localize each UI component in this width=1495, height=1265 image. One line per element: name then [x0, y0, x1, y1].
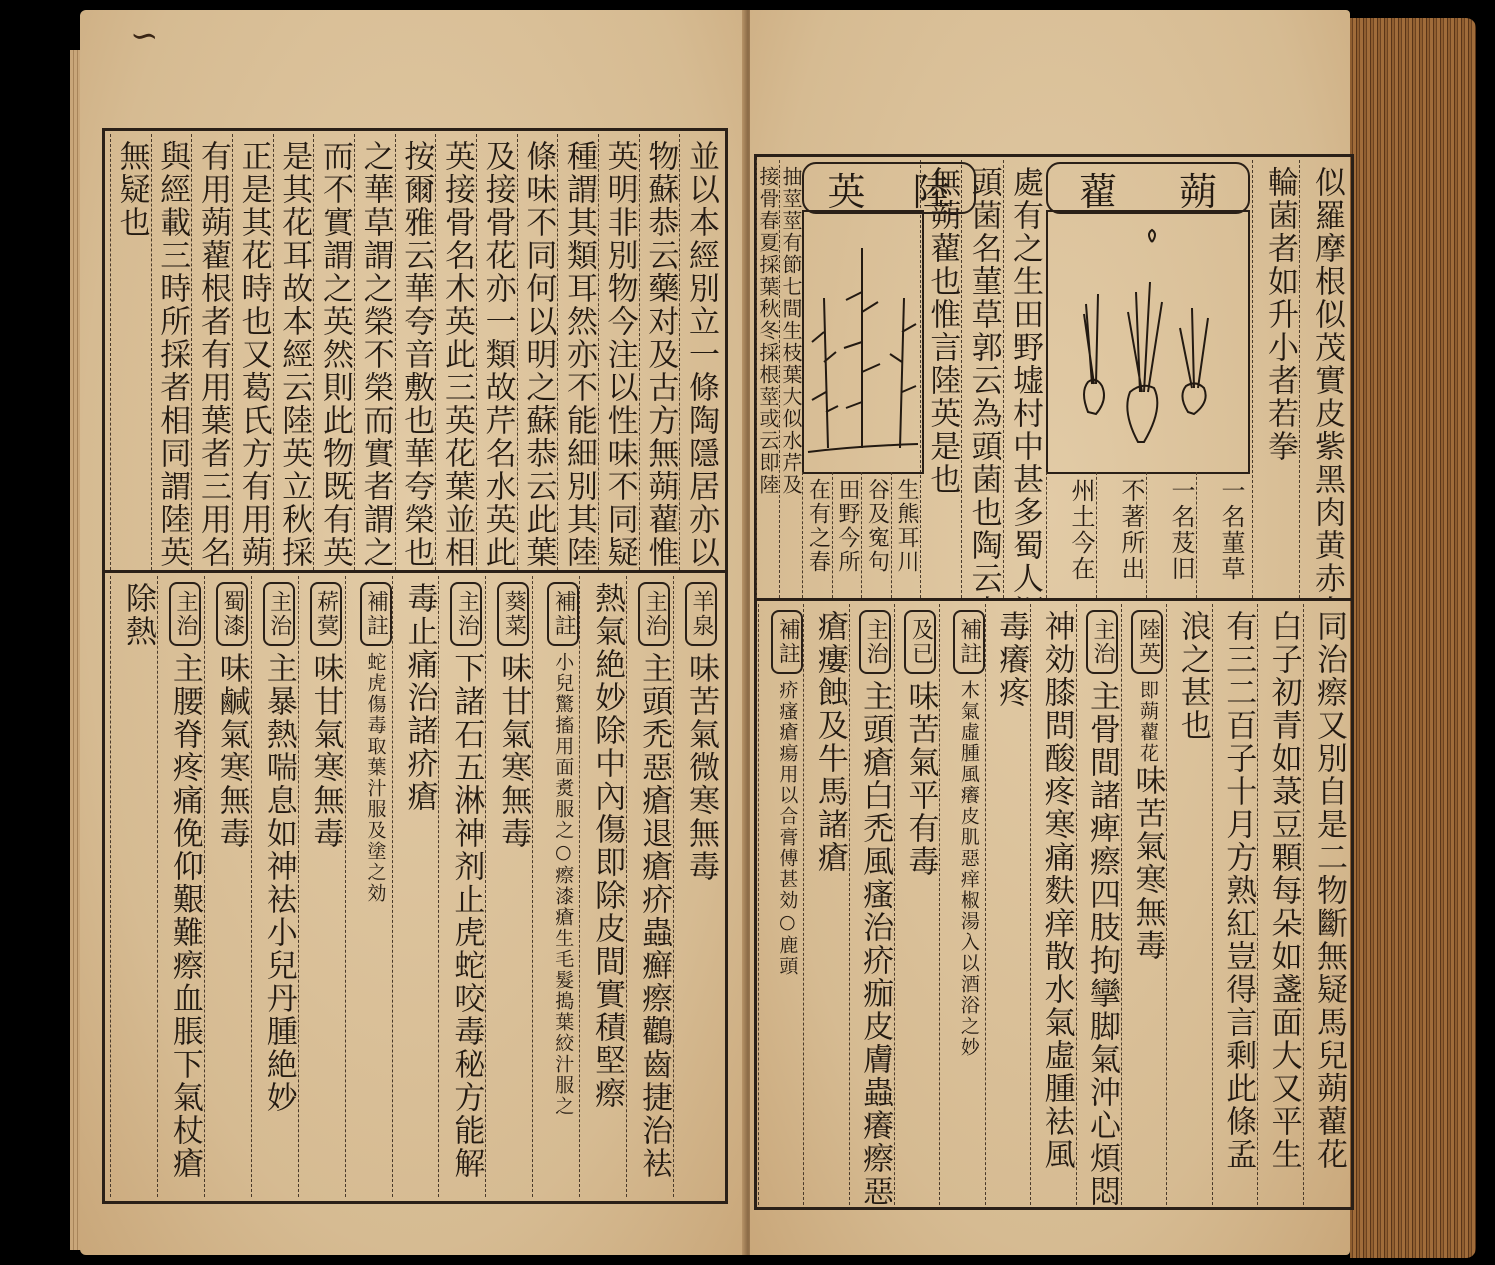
entry-column: 毒止痛治諸疥瘡: [392, 576, 439, 1197]
figure-2-annotations: 生熊耳川 谷及寃句 田野今所 在有之春: [802, 472, 920, 596]
entry-label-box: 主治: [169, 582, 201, 646]
text-column: 按爾雅云華夸音敷也華夸榮也不謂: [395, 134, 436, 570]
entry-column: 菥蓂味甘氣寒無毒: [298, 576, 345, 1197]
entry-text: 味苦氣微寒無毒: [683, 652, 719, 883]
entry-column: 蜀漆味鹹氣寒無毒: [204, 576, 251, 1197]
text-column: 白子初青如菉豆顆每朵如盞面大又平生: [1257, 604, 1302, 1205]
text-column: 之華草謂之榮不榮而實者謂之秀榮: [354, 134, 395, 570]
annotation-text: 木氣虛腫風癢皮肌惡痒椒湯入以酒浴之妙: [958, 680, 980, 1058]
left-section-divider: [102, 570, 728, 573]
text-column: 頭菌名菫草郭云為頭菌也陶云古方: [961, 160, 1002, 598]
entry-column: 主治主頭瘡白禿風瘙治疥痂皮膚蟲癢瘵惡: [849, 604, 894, 1205]
entry-column: 除熱: [110, 576, 157, 1197]
text-column: 英接骨名木英此三英花葉並相似又: [435, 134, 476, 570]
annotation-cell: 谷及寃句: [861, 472, 891, 598]
text-column: 與經載三時所採者相同謂陸英為花: [151, 134, 192, 570]
entry-label-box: 菥蓂: [310, 582, 342, 646]
entry-label-box: 主治: [638, 582, 670, 646]
annotation-text: 小兒驚搐用面煑服之○瘵漆瘡生毛髮搗葉絞汁服之: [552, 652, 574, 1117]
entry-label-box: 羊泉: [685, 582, 717, 646]
entry-column: 主治主頭禿惡瘡退瘡疥蟲癬瘵鸛齒捷治袪: [626, 576, 673, 1197]
annotation-text: 疥瘙瘡瘍用以合膏傅甚効○鹿頭: [776, 680, 798, 977]
entry-text: 味苦氣平有毒: [902, 680, 938, 878]
annotation-cell: 生熊耳川: [891, 472, 921, 598]
annotation-cell: 州土今在: [1046, 472, 1096, 598]
text-column: 神効膝問酸疼寒痛麩痒散水氣虛腫袪風: [1030, 604, 1075, 1205]
text-column: 並以本經別立一條陶隱居亦以為一: [679, 134, 720, 570]
right-page: 似羅摩根似茂實皮紫黑肉黄赤大者 輪菌者如升小者若拳 藋 蒴 一名菫草 一名芨旧 …: [750, 10, 1350, 1255]
text-column: 英明非別物今注以性味不同疑非一: [598, 134, 639, 570]
annotation-column: 補註小兒驚搐用面煑服之○瘵漆瘡生毛髮搗葉絞汁服之: [532, 576, 579, 1197]
text-column: 而不實謂之英然則此物既有英名當: [313, 134, 354, 570]
left-bottom-text: 羊泉味苦氣微寒無毒 主治主頭禿惡瘡退瘡疥蟲癬瘵鸛齒捷治袪 熱氣絶妙除中內傷即除皮…: [110, 576, 720, 1196]
annotation-cell: 一名菫草: [1196, 472, 1246, 598]
left-top-text: 並以本經別立一條陶隱居亦以為一 物蘇恭云藥对及古方無蒴藋惟言陸 英明非別物今注以…: [110, 134, 720, 568]
ink-mark: ∽: [130, 16, 159, 56]
figure-title-shuodiao: 藋 蒴: [1046, 162, 1250, 214]
entry-text: 味甘氣寒無毒: [495, 652, 531, 850]
text-column: 及接骨花亦一類故芹名水英此名陸: [476, 134, 517, 570]
figure-1-annotations: 一名菫草 一名芨旧 不著所出 州土今在: [1046, 472, 1246, 596]
entry-text: 主骨間諸痺瘵四肢拘攣脚氣沖心煩悶: [1084, 680, 1120, 1205]
right-top-text: 似羅摩根似茂實皮紫黑肉黄赤大者 輪菌者如升小者若拳: [1250, 160, 1346, 596]
annotation-column: 補註疥瘙瘡瘍用以合膏傅甚効○鹿頭: [758, 604, 803, 1205]
text-column: 條味不同何以明之蘇恭云此葉似芹: [517, 134, 558, 570]
entry-label-box: 補註: [953, 610, 985, 674]
entry-label-box: 陸英: [1131, 610, 1163, 674]
entry-label-box: 主治: [263, 582, 295, 646]
text-column: 抽莖莖有節七間生枝葉大似水芹及: [779, 160, 802, 598]
text-column: 有三二百子十月方熟紅豈得言剩此條孟: [1212, 604, 1257, 1205]
figure-1-side-text: 處有之生田野墟村中甚多蜀人謂為 頭菌名菫草郭云為頭菌也陶云古方 無蒴藋也惟言陸英…: [920, 160, 1044, 596]
entry-column: 及已味苦氣平有毒: [894, 604, 939, 1205]
annotation-cell: 一名芨旧: [1146, 472, 1196, 598]
figure-title-luying: 英 陸: [802, 162, 976, 214]
right-bottom-text: 同治瘵又別自是二物斷無疑馬兒蒴藋花 白子初青如菉豆顆每朵如盞面大又平生 有三二百…: [758, 604, 1348, 1204]
text-column: 似羅摩根似茂實皮紫黑肉黄赤大者: [1299, 160, 1346, 598]
annotation-column: 補註蛇虎傷毒取葉汁服及塗之効: [345, 576, 392, 1197]
entry-text: 下諸石五淋神剂止虎蛇咬毒秘方能解: [448, 652, 484, 1180]
title-char: 陸: [912, 161, 950, 216]
right-section-divider: [754, 598, 1352, 601]
text-column: 同治瘵又別自是二物斷無疑馬兒蒴藋花: [1303, 604, 1348, 1205]
open-book: ∽ 並以本經別立一條陶隱居亦以為一 物蘇恭云藥对及古方無蒴藋惟言陸 英明非別物今…: [70, 10, 1480, 1260]
entry-text: 味苦氣寒無毒: [1129, 764, 1165, 962]
entry-column: 主治下諸石五淋神剂止虎蛇咬毒秘方能解: [438, 576, 485, 1197]
text-column: 無疑也: [110, 134, 151, 570]
entry-column: 葵菜味甘氣寒無毒: [485, 576, 532, 1197]
text-column: 是其花耳故本經云陸英立秋採立秋: [273, 134, 314, 570]
text-column: 處有之生田野墟村中甚多蜀人謂為: [1003, 160, 1044, 598]
entry-column: 主治主暴熱喘息如神袪小兒丹腫絶妙: [251, 576, 298, 1197]
illustration-luying-plant: [802, 210, 924, 474]
annotation-column: 補註木氣虛腫風癢皮肌惡痒椒湯入以酒浴之妙: [939, 604, 984, 1205]
entry-label-box: 補註: [360, 582, 392, 646]
text-column: 種謂其類耳然亦不能細別其陸英: [557, 134, 598, 570]
annotation-cell: 田野今所: [832, 472, 862, 598]
entry-text: 味鹹氣寒無毒: [214, 652, 250, 850]
entry-label-box: 補註: [771, 610, 803, 674]
title-char: 藋: [1079, 161, 1117, 216]
text-column: 瘡瘻蝕及牛馬諸瘡: [803, 604, 848, 1205]
figure-2-side-text: 抽莖莖有節七間生枝葉大似水芹及 接骨春夏採葉秋冬採根莖或云即陸: [756, 160, 802, 596]
text-column: 接骨春夏採葉秋冬採根莖或云即陸: [756, 160, 779, 598]
entry-column: 陸英即蒴藋花味苦氣寒無毒: [1121, 604, 1166, 1205]
entry-column: 熱氣絶妙除中內傷即除皮間實積堅瘵: [579, 576, 626, 1197]
entry-label-box: 葵菜: [497, 582, 529, 646]
entry-label-box: 補註: [547, 582, 579, 646]
annotation-text: 蛇虎傷毒取葉汁服及塗之効: [365, 652, 387, 904]
illustration-shuodiao-plant: [1046, 210, 1250, 474]
entry-text: 主腰脊疼痛俛仰艱難瘵血脹下氣杖瘡: [167, 652, 203, 1180]
entry-column: 主治主腰脊疼痛俛仰艱難瘵血脹下氣杖瘡: [157, 576, 204, 1197]
text-column: 無蒴藋也惟言陸英是也: [920, 160, 961, 598]
text-column: 浪之甚也: [1166, 604, 1211, 1205]
text-column: 毒癢疼: [985, 604, 1030, 1205]
entry-label-box: 蜀漆: [216, 582, 248, 646]
text-column: 物蘇恭云藥对及古方無蒴藋惟言陸: [639, 134, 680, 570]
text-column: 有用蒴藋根者有用葉者三用名別正: [191, 134, 232, 570]
entry-label-box: 及已: [904, 610, 936, 674]
entry-column: 主治主骨間諸痺瘵四肢拘攣脚氣沖心煩悶: [1076, 604, 1121, 1205]
right-fore-edge: [1350, 18, 1476, 1258]
entry-label-box: 主治: [1086, 610, 1118, 674]
entry-text: 主暴熱喘息如神袪小兒丹腫絶妙: [261, 652, 297, 1114]
title-char: 蒴: [1179, 161, 1217, 216]
entry-text: 味甘氣寒無毒: [308, 652, 344, 850]
entry-note: 即蒴藋花: [1137, 680, 1158, 764]
jointed-plant-icon: [804, 212, 922, 472]
text-column: 正是其花時也又葛氏方有用蒴藋者: [232, 134, 273, 570]
annotation-cell: 在有之春: [802, 472, 832, 598]
entry-column: 羊泉味苦氣微寒無毒: [673, 576, 720, 1197]
entry-label-box: 主治: [859, 610, 891, 674]
bulb-plant-icon: [1048, 212, 1248, 472]
left-page: ∽ 並以本經別立一條陶隱居亦以為一 物蘇恭云藥对及古方無蒴藋惟言陸 英明非別物今…: [80, 10, 748, 1255]
entry-label-box: 主治: [450, 582, 482, 646]
title-char: 英: [827, 161, 865, 216]
entry-text: 主頭禿惡瘡退瘡疥蟲癬瘵鸛齒捷治袪: [636, 652, 672, 1180]
text-column: 輪菌者如升小者若拳: [1252, 160, 1299, 598]
entry-text: 主頭瘡白禿風瘙治疥痂皮膚蟲癢瘵惡: [857, 680, 893, 1205]
annotation-cell: 不著所出: [1096, 472, 1146, 598]
